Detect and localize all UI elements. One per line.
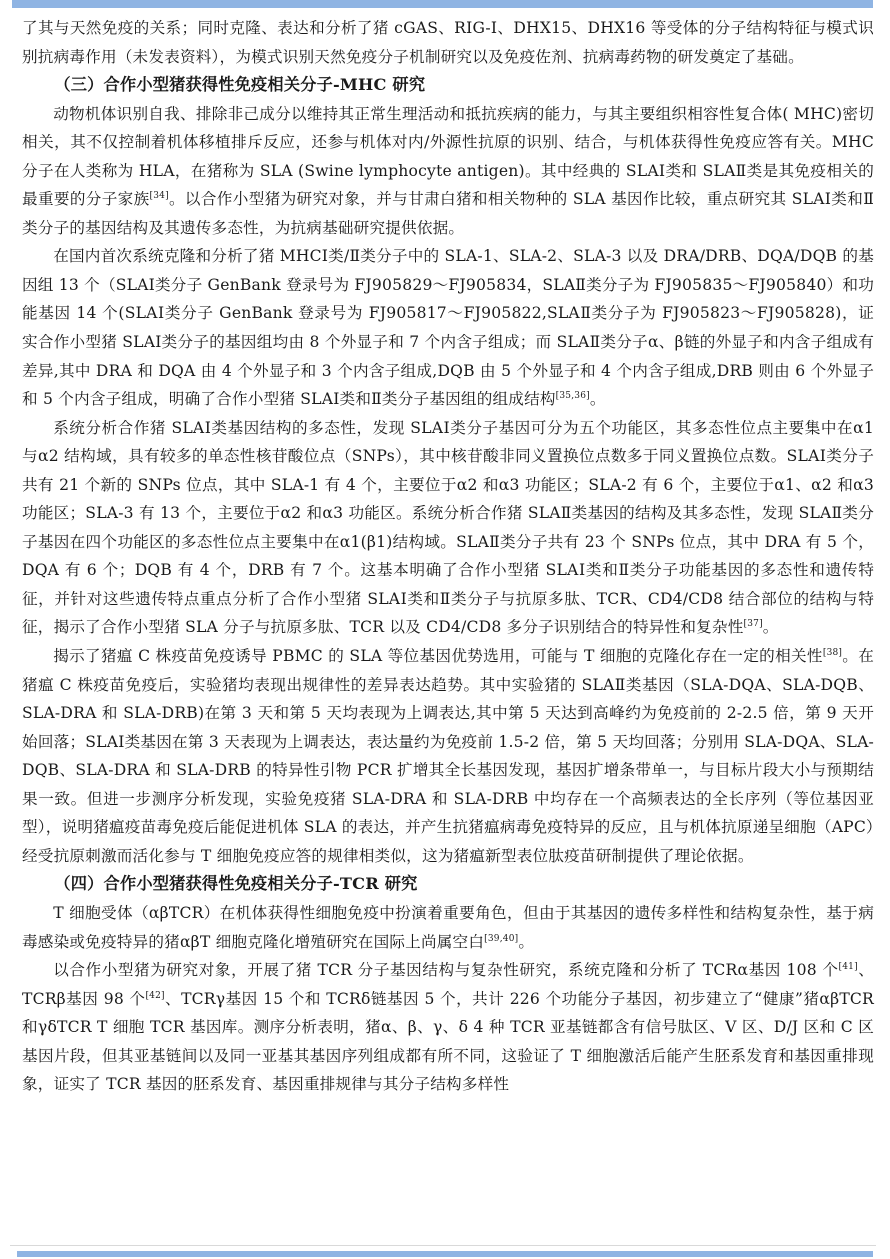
citation-ref[interactable]: [42] [145, 991, 164, 1001]
tcr-paragraph-1: T 细胞受体（αβTCR）在机体获得性细胞免疫中扮演着重要角色，但由于其基因的遗… [22, 899, 874, 956]
header-color-band [12, 0, 873, 8]
section-heading-tcr: （四）合作小型猪获得性免疫相关分子-TCR 研究 [22, 870, 874, 899]
citation-ref[interactable]: [34] [150, 191, 169, 201]
citation-ref[interactable]: [39,40] [484, 934, 518, 944]
paragraph-text: 。 [590, 390, 606, 408]
citation-ref[interactable]: [41] [839, 962, 858, 972]
footer-color-band [17, 1251, 873, 1257]
paragraph-text: 揭示了猪瘟 C 株疫苗免疫诱导 PBMC 的 SLA 等位基因优势选用，可能与 … [53, 647, 823, 665]
tcr-paragraph-2: 以合作小型猪为研究对象，开展了猪 TCR 分子基因结构与复杂性研究，系统克隆和分… [22, 956, 874, 1099]
paragraph-text: 。在猪瘟 C 株疫苗免疫后，实验猪均表现出规律性的差异表达趋势。其中实验猪的 S… [22, 647, 874, 865]
footer-divider [10, 1245, 876, 1246]
citation-ref[interactable]: [37] [744, 619, 763, 629]
paragraph-text: 在国内首次系统克隆和分析了猪 MHCⅠ类/Ⅱ类分子中的 SLA-1、SLA-2、… [22, 247, 874, 408]
paragraph-text: 。 [763, 618, 779, 636]
paragraph-text: T 细胞受体（αβTCR）在机体获得性细胞免疫中扮演着重要角色，但由于其基因的遗… [22, 904, 874, 951]
mhc-paragraph-4: 揭示了猪瘟 C 株疫苗免疫诱导 PBMC 的 SLA 等位基因优势选用，可能与 … [22, 642, 874, 870]
mhc-paragraph-1: 动物机体识别自我、排除非己成分以维持其正常生理活动和抵抗疾病的能力，与其主要组织… [22, 100, 874, 243]
intro-paragraph: 了其与天然免疫的关系；同时克隆、表达和分析了猪 cGAS、RIG-I、DHX15… [22, 14, 874, 71]
citation-ref[interactable]: [35,36] [556, 391, 590, 401]
paragraph-text: 。 [518, 933, 534, 951]
paragraph-text: 系统分析合作猪 SLAⅠ类基因结构的多态性，发现 SLAⅠ类分子基因可分为五个功… [22, 419, 874, 637]
mhc-paragraph-3: 系统分析合作猪 SLAⅠ类基因结构的多态性，发现 SLAⅠ类分子基因可分为五个功… [22, 414, 874, 642]
citation-ref[interactable]: [38] [823, 648, 842, 658]
paragraph-text: 、TCRγ基因 15 个和 TCRδ链基因 5 个，共计 226 个功能分子基因… [22, 990, 874, 1094]
paragraph-text: 以合作小型猪为研究对象，开展了猪 TCR 分子基因结构与复杂性研究，系统克隆和分… [53, 961, 838, 979]
mhc-paragraph-2: 在国内首次系统克隆和分析了猪 MHCⅠ类/Ⅱ类分子中的 SLA-1、SLA-2、… [22, 242, 874, 413]
document-page: 了其与天然免疫的关系；同时克隆、表达和分析了猪 cGAS、RIG-I、DHX15… [22, 14, 874, 1099]
section-heading-mhc: （三）合作小型猪获得性免疫相关分子-MHC 研究 [22, 71, 874, 100]
